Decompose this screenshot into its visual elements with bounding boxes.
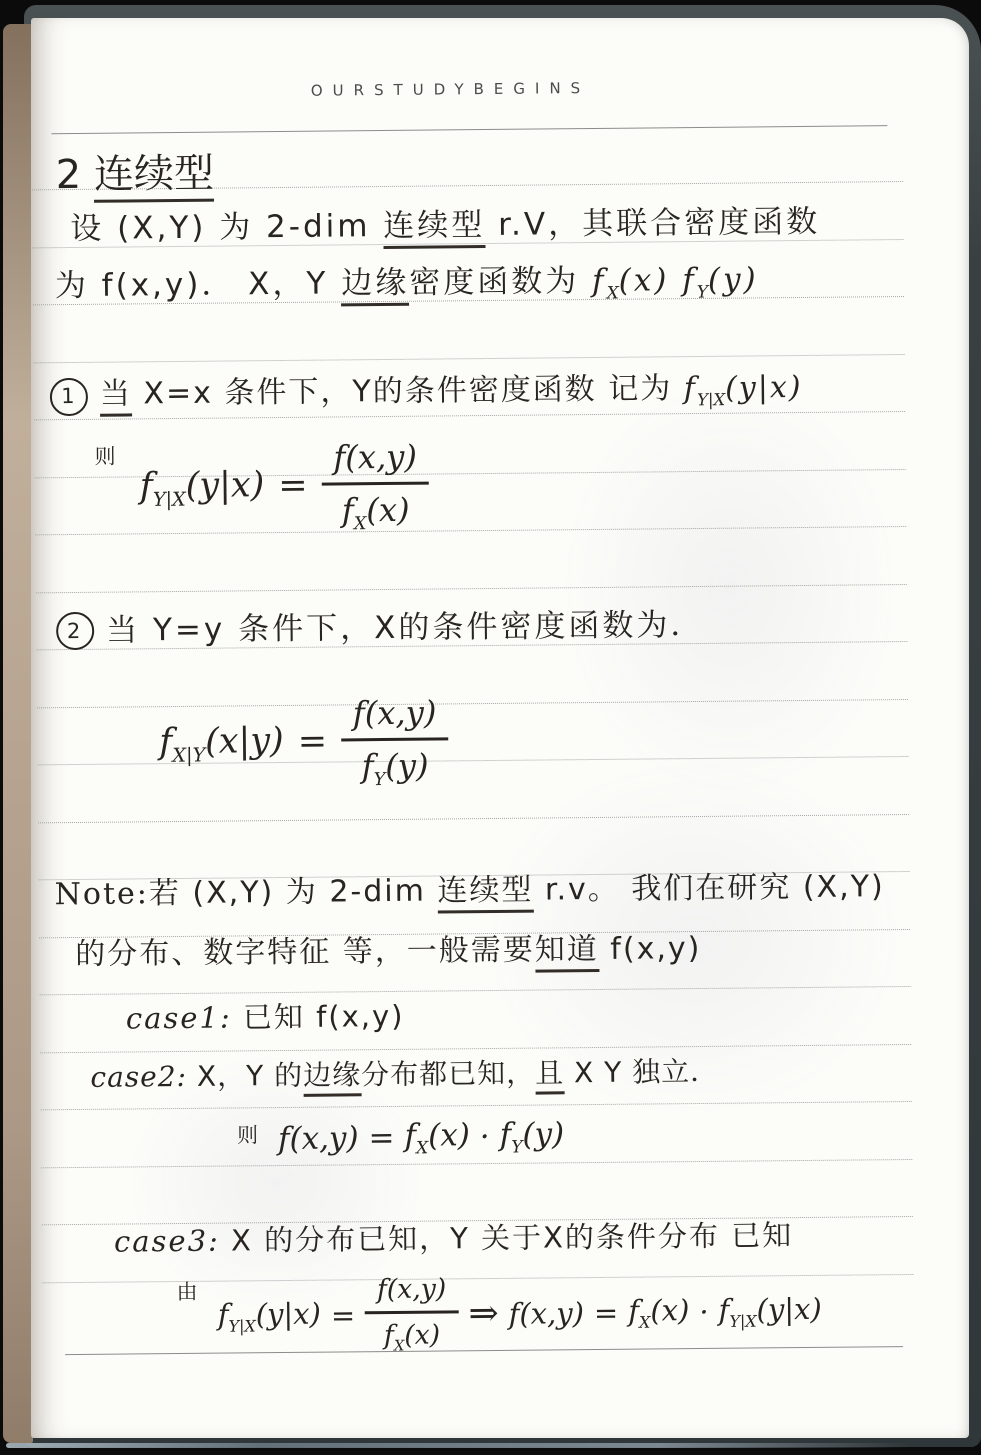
formula-case-3-derivation: 由 fY|X(y|x) = f(x,y) fX(x) ⇒ f(x,y) = fX… xyxy=(176,1269,822,1358)
formula-label: 由 xyxy=(176,1279,197,1305)
fraction-numerator: f(x,y) xyxy=(321,437,429,486)
fn-args: (y|x) xyxy=(256,1296,321,1331)
note-line-1: Note:若 (X,Y) 为 2-dim 连续型 r.v。 我们在研究 (X,Y… xyxy=(55,868,885,913)
printed-page-header: OURSTUDYBEGINS xyxy=(0,76,906,103)
fn-sub: Y|X xyxy=(697,390,725,409)
intro-line-1-pre: 设 (X,Y) 为 2-dim xyxy=(70,208,383,247)
fn-sub: Y|X xyxy=(228,1316,255,1335)
equals-sign: = xyxy=(594,1294,619,1330)
circled-number-2: 2 xyxy=(56,612,94,650)
intro-line-2-pre: 为 f(x,y)． X，Y xyxy=(55,265,342,304)
note-line-2: 的分布、数字特征 等，一般需要知道 f(x,y) xyxy=(75,930,701,974)
joint-density-token: f(x,y) xyxy=(508,1295,584,1332)
fn-base: f xyxy=(342,492,354,530)
formula-conditional-density-yx: 则 fY|X(y|x) = f(x,y) fX(x) xyxy=(94,437,429,539)
fn-sub: Y|X xyxy=(153,487,186,510)
formula-conditional-density-xy: fX|Y(x|y) = f(x,y) fY(y) xyxy=(159,692,449,793)
rule-line xyxy=(34,354,905,363)
rule-line xyxy=(40,1043,911,1052)
formula-label: 则 xyxy=(237,1122,258,1148)
section-title: 2 连续型 xyxy=(56,149,215,201)
fn-base: f xyxy=(499,1117,511,1153)
marginal-density-x-token: fX(x) xyxy=(592,262,670,299)
formula-1-fraction: f(x,y) fX(x) xyxy=(321,437,430,536)
case-2-underlined: 边缘 xyxy=(303,1058,361,1097)
note-line-1-post: r.v。 我们在研究 (X,Y) xyxy=(533,869,885,907)
fn-args: (x) xyxy=(619,262,670,298)
section-title-text: 连续型 xyxy=(94,151,214,203)
case-2-line: case2: X，Y 的边缘分布都已知，且 X Y 独立． xyxy=(90,1054,719,1095)
rule-line xyxy=(38,813,909,822)
case-1-text: 已知 f(x,y) xyxy=(243,999,405,1035)
equals-sign: = xyxy=(331,1297,356,1333)
intro-line-2: 为 f(x,y)． X，Y 边缘密度函数为 fX(x) fY(y) xyxy=(55,260,759,310)
fn-sub: Y|X xyxy=(729,1311,756,1330)
intro-line-1-post: r.V，其联合密度函数 xyxy=(485,204,820,243)
fn-args: (y) xyxy=(385,747,429,785)
item-1-text: X=x 条件下，Y的条件密度函数 记为 xyxy=(132,371,673,411)
equals-sign: = xyxy=(278,465,308,509)
intro-line-2-underlined: 边缘 xyxy=(341,265,409,307)
fn-args: (y|x) xyxy=(756,1291,821,1326)
conditional-density-yx-token: fY|X(y|x) xyxy=(684,370,803,406)
fraction-denominator: fX(x) xyxy=(342,485,410,536)
fn-base: f xyxy=(718,1292,729,1326)
formula-1-lhs: fY|X(y|x) xyxy=(140,464,265,512)
fn-base: f xyxy=(682,262,697,298)
page-content: OURSTUDYBEGINS 2 连续型 设 (X,Y) 为 2-dim 连续型… xyxy=(0,0,981,1455)
intro-line-1: 设 (X,Y) 为 2-dim 连续型 r.V，其联合密度函数 xyxy=(70,203,820,249)
case-2-pre: X，Y 的 xyxy=(197,1059,303,1093)
ruled-lines xyxy=(0,0,975,5)
note-label: Note: xyxy=(55,876,150,912)
fn-args: (x) xyxy=(650,1293,689,1327)
fn-base: f xyxy=(159,722,172,762)
implies-arrow: ⇒ xyxy=(468,1291,499,1336)
case-2-post: X Y 独立． xyxy=(564,1055,719,1089)
formula-2-lhs: fX|Y(x|y) xyxy=(159,720,284,768)
note-line-1-underlined: 连续型 xyxy=(437,873,533,914)
fn-args: (x) xyxy=(428,1117,470,1153)
fn-sub: X xyxy=(354,514,367,534)
marginal-density-x-token: fX(x) xyxy=(404,1116,470,1160)
fn-sub: X xyxy=(416,1138,428,1158)
fn-args: (y) xyxy=(708,261,759,297)
joint-density-token: f(x,y) xyxy=(278,1119,359,1159)
fn-args: (y) xyxy=(522,1116,564,1152)
fn-sub: X|Y xyxy=(172,743,205,766)
equals-sign: = xyxy=(368,1119,394,1158)
note-line-2-pre: 的分布、数字特征 等，一般需要 xyxy=(75,933,535,972)
note-line-2-post: f(x,y) xyxy=(599,931,702,967)
fn-sub: X xyxy=(394,1338,405,1355)
fn-sub: Y xyxy=(374,770,386,790)
case-1-line: case1: 已知 f(x,y) xyxy=(126,998,405,1037)
conditional-density-yx-token: fY|X(y|x) xyxy=(218,1295,322,1336)
note-line-1-pre: 若 (X,Y) 为 2-dim xyxy=(149,874,438,912)
case-2-underlined-2: 且 xyxy=(535,1056,564,1094)
rule-line xyxy=(36,584,907,593)
marginal-density-y-token: fY(y) xyxy=(499,1115,564,1159)
marginal-density-x-token: fX(x) xyxy=(628,1292,689,1333)
rule-line xyxy=(41,1158,912,1167)
multiplication-dot: · xyxy=(699,1293,709,1329)
conditional-density-yx-token: fY|X(y|x) xyxy=(718,1290,822,1331)
case-2-mid: 分布都已知， xyxy=(361,1057,535,1092)
photo-of-notebook-page: { "colors": { "ink": "#282420", "paper":… xyxy=(0,0,981,1455)
case-1-label: case1: xyxy=(126,1001,232,1036)
case-3-line: case3: X 的分布已知，Y 关于X的条件分布 已知 xyxy=(114,1217,793,1260)
fn-base: f xyxy=(361,747,373,785)
fraction-numerator: f(x,y) xyxy=(365,1272,459,1314)
fn-base: f xyxy=(218,1297,229,1331)
case-3-label: case3: xyxy=(114,1224,220,1259)
marginal-density-y-token: fY(y) xyxy=(682,261,759,298)
fn-sub: X xyxy=(639,1312,651,1331)
fn-base: f xyxy=(628,1293,639,1327)
fn-base: f xyxy=(384,1320,394,1351)
fn-args: (y|x) xyxy=(185,465,264,506)
item-2-text: 当 Y=y 条件下，X的条件密度函数为． xyxy=(106,606,705,650)
rule-line xyxy=(40,986,911,995)
numbered-item-2: 2 当 Y=y 条件下，X的条件密度函数为． xyxy=(56,606,705,651)
fn-base: f xyxy=(140,466,153,506)
fn-args: (y|x) xyxy=(725,370,803,406)
equals-sign: = xyxy=(298,721,328,765)
fraction-numerator: f(x,y) xyxy=(341,692,449,741)
fraction-denominator: fX(x) xyxy=(384,1314,441,1356)
formula-1-label: 则 xyxy=(94,444,115,470)
circled-number-1: 1 xyxy=(50,377,88,415)
rule-line xyxy=(41,1101,912,1110)
fn-sub: Y xyxy=(511,1137,522,1157)
formula-2-fraction: f(x,y) fY(y) xyxy=(341,692,450,791)
intro-line-1-underlined: 连续型 xyxy=(383,207,485,249)
multiplication-dot: · xyxy=(480,1118,490,1157)
note-line-2-underlined: 知道 xyxy=(535,932,599,973)
fn-args: (x|y) xyxy=(205,721,284,762)
fn-base: f xyxy=(404,1118,416,1154)
fn-args: (x) xyxy=(366,491,410,529)
section-number: 2 xyxy=(56,152,82,198)
item-1-underlined: 当 xyxy=(100,376,132,416)
case-2-label: case2: xyxy=(90,1060,187,1094)
fn-base: f xyxy=(684,371,697,406)
formula-independence-product: 则 f(x,y) = fX(x) · fY(y) xyxy=(237,1115,564,1161)
numbered-item-1: 1 当 X=x 条件下，Y的条件密度函数 记为 fY|X(y|x) xyxy=(50,369,803,417)
fn-sub: Y xyxy=(697,283,708,303)
fn-sub: X xyxy=(607,283,619,303)
top-rule-line xyxy=(51,125,887,134)
ink-bleed-through xyxy=(558,376,902,799)
fn-base: f xyxy=(592,263,607,299)
case-3-fraction: f(x,y) fX(x) xyxy=(365,1272,459,1356)
fn-args: (x) xyxy=(404,1320,440,1351)
intro-line-2-mid: 密度函数为 xyxy=(409,263,579,301)
fraction-denominator: fY(y) xyxy=(361,741,428,792)
case-3-text: X 的分布已知，Y 关于X的条件分布 已知 xyxy=(231,1218,793,1257)
